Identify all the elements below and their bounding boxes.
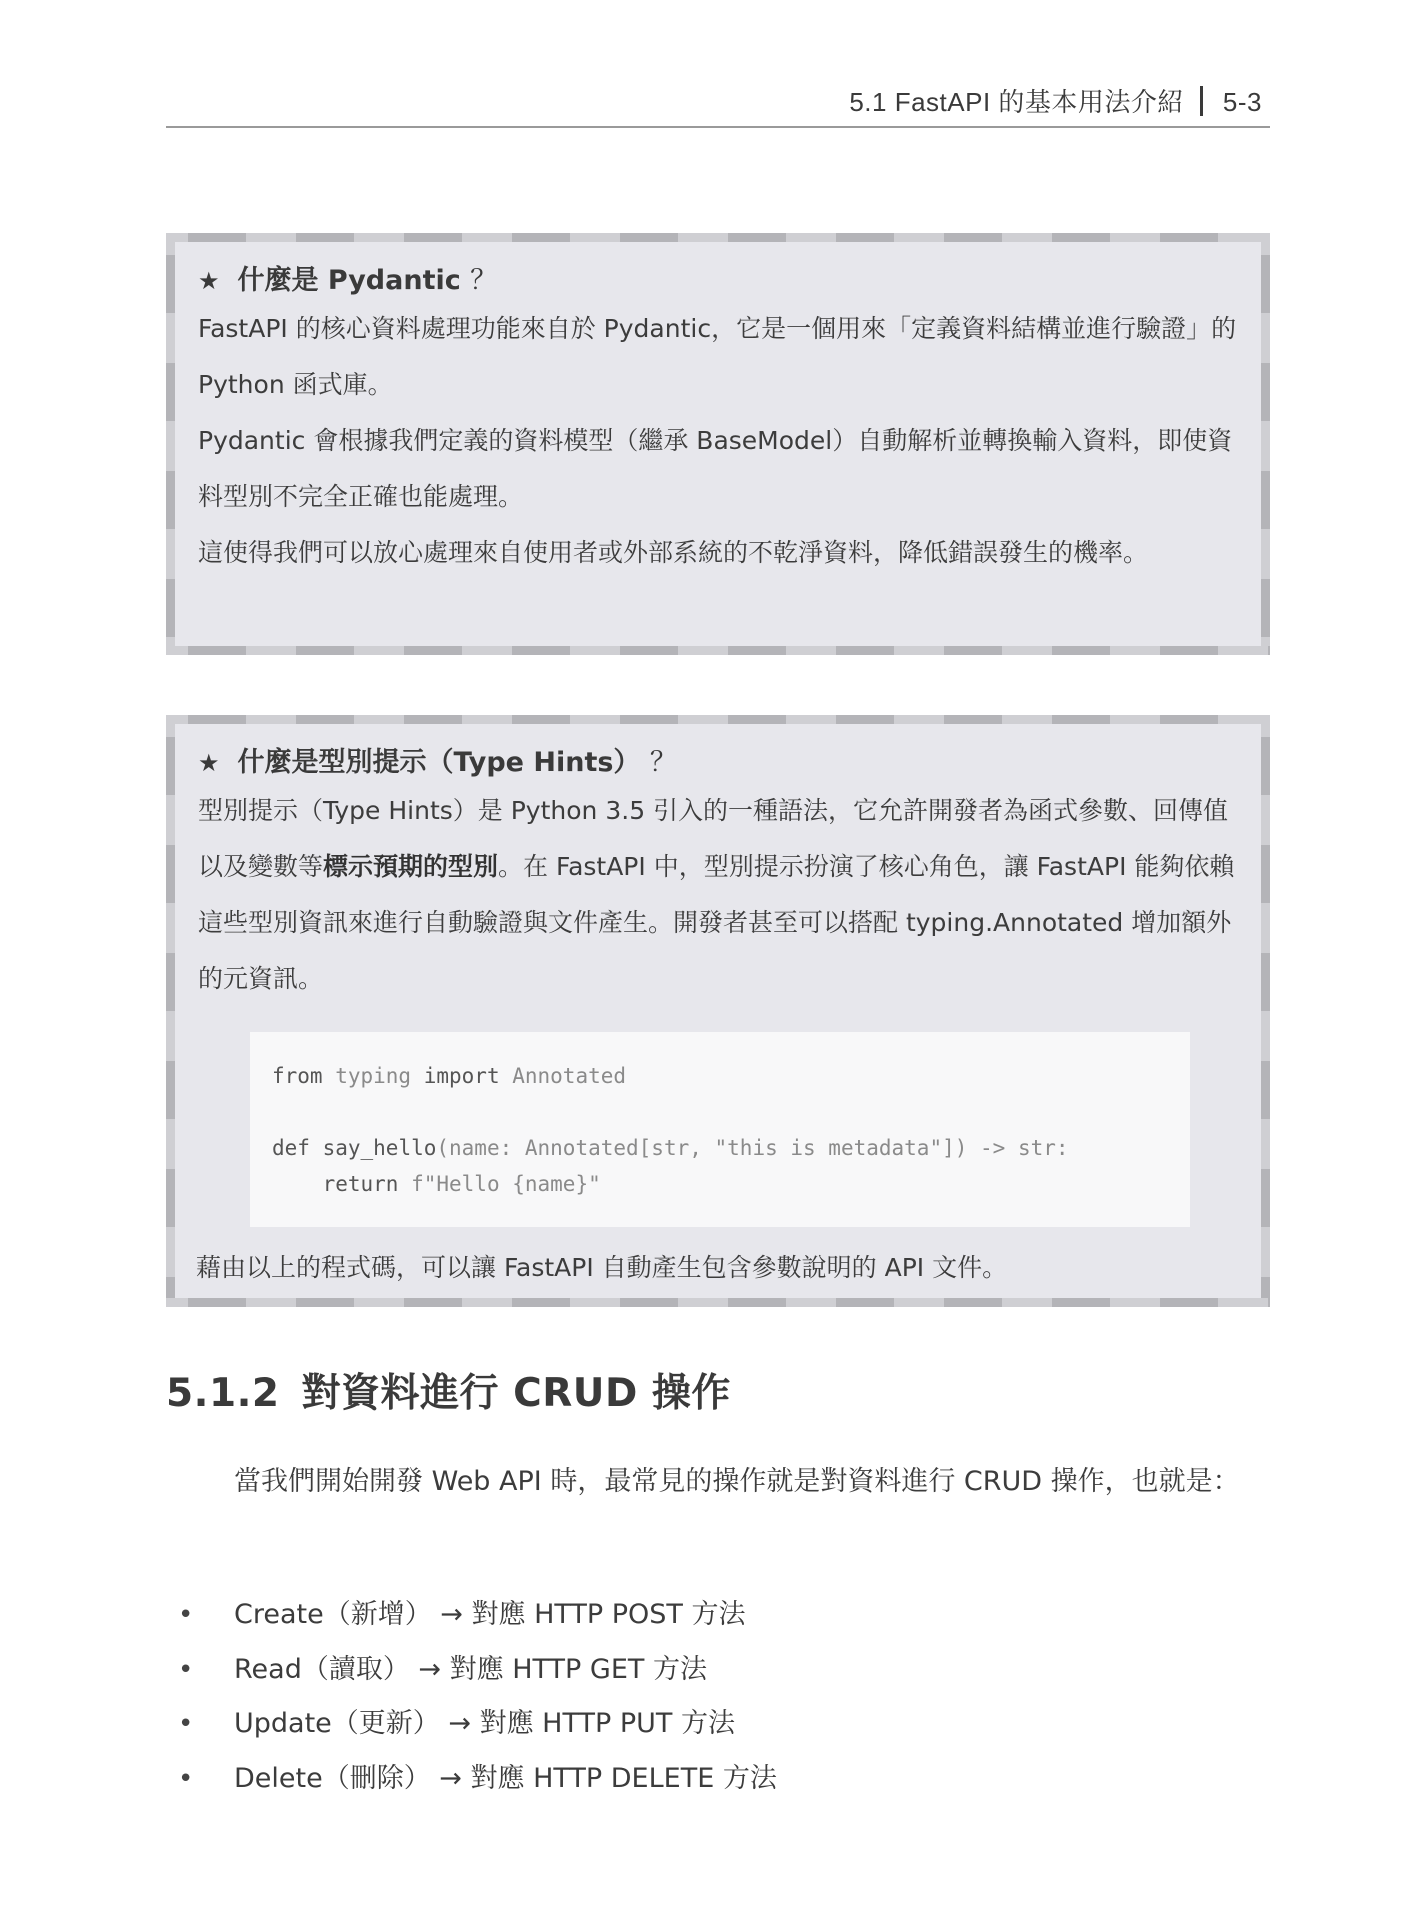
- dashed-border-left: [166, 715, 175, 1307]
- code-keyword: from: [272, 1064, 323, 1088]
- running-header: 5.1 FastAPI 的基本用法介紹5-3: [166, 78, 1270, 128]
- code-token: typing: [323, 1064, 424, 1088]
- section-heading: 5.1.2對資料進行 CRUD 操作: [166, 1362, 731, 1418]
- emphasis-text: 標示預期的型別: [323, 852, 498, 881]
- note-title-text: 什麼是型別提示（Type Hints）: [238, 747, 641, 778]
- code-keyword: def: [272, 1136, 310, 1160]
- bullet-icon: •: [178, 1588, 193, 1643]
- code-function-name: say_hello: [310, 1136, 436, 1160]
- list-item: •Read（讀取） → 對應 HTTP GET 方法: [166, 1643, 777, 1698]
- code-block: from typing import Annotateddef say_hell…: [250, 1032, 1190, 1227]
- list-item-text: Delete（刪除） → 對應 HTTP DELETE 方法: [234, 1763, 777, 1794]
- dashed-border-right: [1261, 233, 1270, 655]
- list-item-text: Read（讀取） → 對應 HTTP GET 方法: [234, 1654, 707, 1685]
- dashed-border-left: [166, 233, 175, 655]
- intro-paragraph: 當我們開始開發 Web API 時，最常見的操作就是對資料進行 CRUD 操作，…: [166, 1455, 1270, 1509]
- note-paragraph: 這使得我們可以放心處理來自使用者或外部系統的不乾淨資料，降低錯誤發生的機率。: [198, 525, 1238, 581]
- code-token: (name: Annotated[str, "this is metadata"…: [436, 1136, 1068, 1160]
- section-reference: 5.1 FastAPI 的基本用法介紹: [849, 87, 1184, 117]
- note-title-suffix: ？: [470, 265, 497, 296]
- list-item-text: Create（新增） → 對應 HTTP POST 方法: [234, 1599, 746, 1630]
- dashed-border-right: [1261, 715, 1270, 1307]
- list-item: •Update（更新） → 對應 HTTP PUT 方法: [166, 1697, 777, 1752]
- note-footer-paragraph: 藉由以上的程式碼，可以讓 FastAPI 自動產生包含參數說明的 API 文件。: [196, 1240, 1007, 1296]
- code-line: from typing import Annotated: [272, 1058, 1168, 1094]
- code-blank-line: [272, 1094, 1168, 1130]
- note-paragraph: Pydantic 會根據我們定義的資料模型（繼承 BaseModel）自動解析並…: [198, 413, 1238, 525]
- section-title: 對資料進行 CRUD 操作: [302, 1371, 731, 1416]
- list-item: •Create（新增） → 對應 HTTP POST 方法: [166, 1588, 777, 1643]
- page-number: 5-3: [1223, 87, 1262, 117]
- star-icon: ★: [198, 749, 220, 777]
- running-header-text: 5.1 FastAPI 的基本用法介紹5-3: [849, 82, 1262, 119]
- note-title-suffix: ？: [650, 747, 677, 778]
- code-keyword: return: [272, 1172, 398, 1196]
- note-title-text: 什麼是 Pydantic: [238, 265, 461, 296]
- note-title: ★什麼是 Pydantic ？: [198, 261, 1238, 301]
- note-paragraph: FastAPI 的核心資料處理功能來自於 Pydantic，它是一個用來「定義資…: [198, 301, 1238, 413]
- list-item: •Delete（刪除） → 對應 HTTP DELETE 方法: [166, 1752, 777, 1807]
- list-item-text: Update（更新） → 對應 HTTP PUT 方法: [234, 1708, 735, 1739]
- note-box-type-hints: ★什麼是型別提示（Type Hints） ？ 型別提示（Type Hints）是…: [166, 715, 1270, 1307]
- code-line: def say_hello(name: Annotated[str, "this…: [272, 1130, 1168, 1166]
- note-paragraph: 型別提示（Type Hints）是 Python 3.5 引入的一種語法，它允許…: [198, 783, 1238, 1007]
- note-title: ★什麼是型別提示（Type Hints） ？: [198, 743, 1238, 783]
- bullet-icon: •: [178, 1752, 193, 1807]
- crud-list: •Create（新增） → 對應 HTTP POST 方法 •Read（讀取） …: [166, 1588, 777, 1806]
- header-separator: [1200, 86, 1203, 116]
- code-token: f"Hello {name}": [398, 1172, 600, 1196]
- code-line: return f"Hello {name}": [272, 1166, 1168, 1202]
- code-keyword: import: [424, 1064, 500, 1088]
- bullet-icon: •: [178, 1643, 193, 1698]
- bullet-icon: •: [178, 1697, 193, 1752]
- code-token: Annotated: [500, 1064, 626, 1088]
- note-box-pydantic: ★什麼是 Pydantic ？ FastAPI 的核心資料處理功能來自於 Pyd…: [166, 233, 1270, 655]
- section-number: 5.1.2: [166, 1371, 280, 1416]
- star-icon: ★: [198, 267, 220, 295]
